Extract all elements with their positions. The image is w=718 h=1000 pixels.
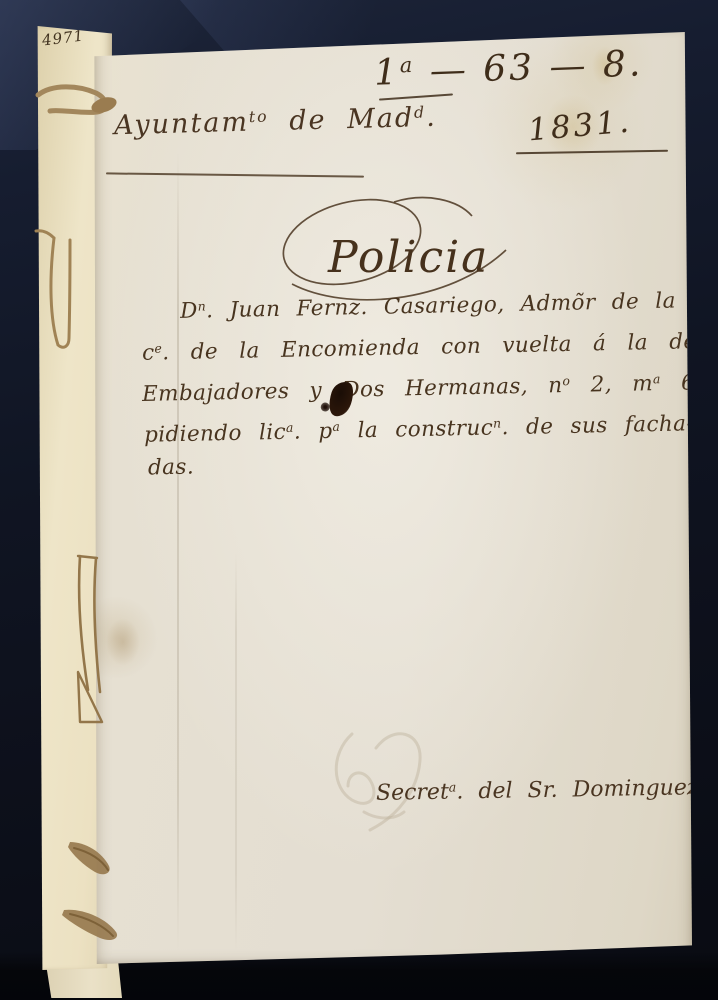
paper-watermark-icon <box>318 716 438 838</box>
classification-number: 1a — 63 — 8. <box>373 43 644 93</box>
year-label: 1831. <box>527 104 633 149</box>
paper-crease <box>235 552 237 952</box>
document-title: Policia <box>327 232 489 283</box>
classification-underline <box>379 93 453 100</box>
paper-stain <box>106 618 140 666</box>
office-underline <box>106 172 364 177</box>
body-line: pidiendo lica. pa la construcn. de sus f… <box>144 411 694 448</box>
paper-crease <box>177 152 179 952</box>
folio-number: 4971 <box>41 26 85 49</box>
body-line: ce. de la Encomienda con vuelta á la de <box>142 329 697 366</box>
office-heading: Ayuntamto de Madd. <box>114 102 438 141</box>
body-line: das. <box>148 455 195 481</box>
body-line: Dn. Juan Fernz. Casariego, Admõr de la c… <box>180 287 718 324</box>
photo-background: 4971 1a — 63 — 8. Ayuntamto de Madd. 183… <box>0 0 718 1000</box>
year-underline <box>516 150 668 155</box>
signature-line: Secreta. del Sr. Dominguez. <box>376 775 706 806</box>
body-line: Embajadores y Dos Hermanas, no 2, ma 63 <box>142 370 710 407</box>
document-page: 1a — 63 — 8. Ayuntamto de Madd. 1831. Po… <box>92 32 692 964</box>
